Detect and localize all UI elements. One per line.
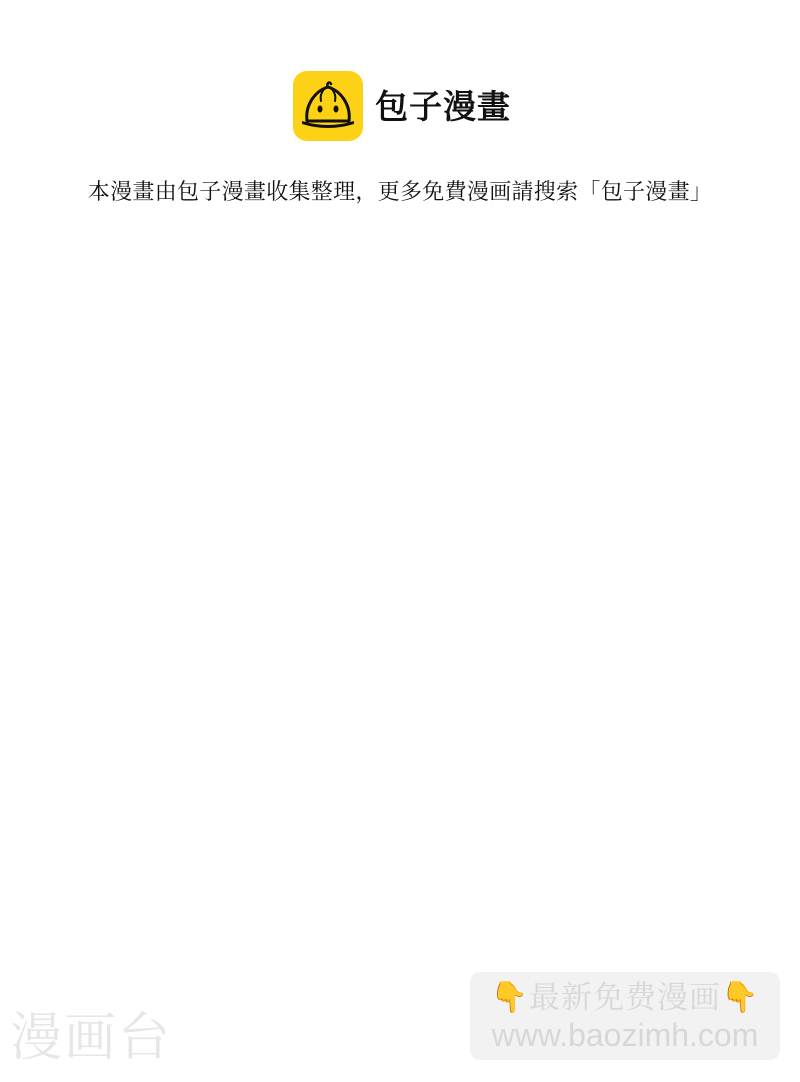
promo-title-row: 👇 最新免费漫画 👇: [491, 979, 760, 1017]
steamed-bun-icon: [293, 71, 363, 141]
notice-text: 本漫畫由包子漫畫收集整理，更多免費漫画請搜索「包子漫畫」: [0, 178, 800, 208]
promo-url-link[interactable]: www.baozimh.com: [492, 1017, 759, 1053]
watermark-text: 漫画台: [10, 1012, 172, 1064]
pointing-down-hand-icon: 👇: [491, 979, 529, 1017]
promo-banner[interactable]: 👇 最新免费漫画 👇 www.baozimh.com: [470, 972, 780, 1060]
pointing-down-hand-icon: 👇: [721, 979, 759, 1017]
brand-name: 包子漫畫: [375, 90, 511, 123]
promo-title: 最新免费漫画: [529, 979, 721, 1017]
brand-header: 包子漫畫: [293, 71, 511, 141]
